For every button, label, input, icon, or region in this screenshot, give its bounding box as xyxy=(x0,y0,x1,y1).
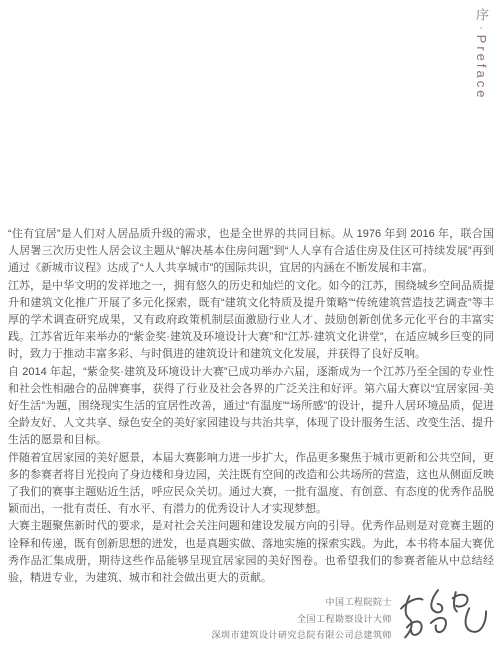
preface-title-en: Preface xyxy=(474,35,489,101)
signer-title-2: 全国工程勘察设计大师 xyxy=(211,611,392,628)
preface-paragraph-1: “住有宜居”是人们对人居品质升级的需求，也是全世界的共同目标。从 1976 年到… xyxy=(8,226,494,278)
preface-title-cn: 序 xyxy=(474,8,489,24)
preface-title-separator: · xyxy=(475,26,487,33)
preface-paragraph-3: 自 2014 年起，“紫金奖·建筑及环境设计大赛”已成功举办六届，逐渐成为一个江… xyxy=(8,364,494,450)
signer-title-1: 中国工程院院士 xyxy=(211,594,392,611)
preface-vertical-title: 序·Preface xyxy=(473,8,489,100)
preface-paragraph-2: 江苏，是中华文明的发祥地之一，拥有悠久的历史和灿烂的文化。如今的江苏，围绕城乡空… xyxy=(8,278,494,364)
preface-body: “住有宜居”是人们对人居品质升级的需求，也是全世界的共同目标。从 1976 年到… xyxy=(8,226,494,587)
preface-paragraph-5: 大赛主题聚焦新时代的要求，是对社会关注问题和建设发展方向的引导。优秀作品则是对竞… xyxy=(8,518,494,587)
preface-page: 序·Preface “住有宜居”是人们对人居品质升级的需求，也是全世界的共同目标… xyxy=(0,0,500,652)
signature-block: 中国工程院院士 全国工程勘察设计大师 深圳市建筑设计研究总院有限公司总建筑师 xyxy=(211,594,392,644)
signer-title-3: 深圳市建筑设计研究总院有限公司总建筑师 xyxy=(211,627,392,644)
handwritten-signature xyxy=(397,581,489,647)
preface-paragraph-4: 伴随着宜居家园的美好愿景，本届大赛影响力进一步扩大，作品更多聚焦于城市更新和公共… xyxy=(8,450,494,519)
